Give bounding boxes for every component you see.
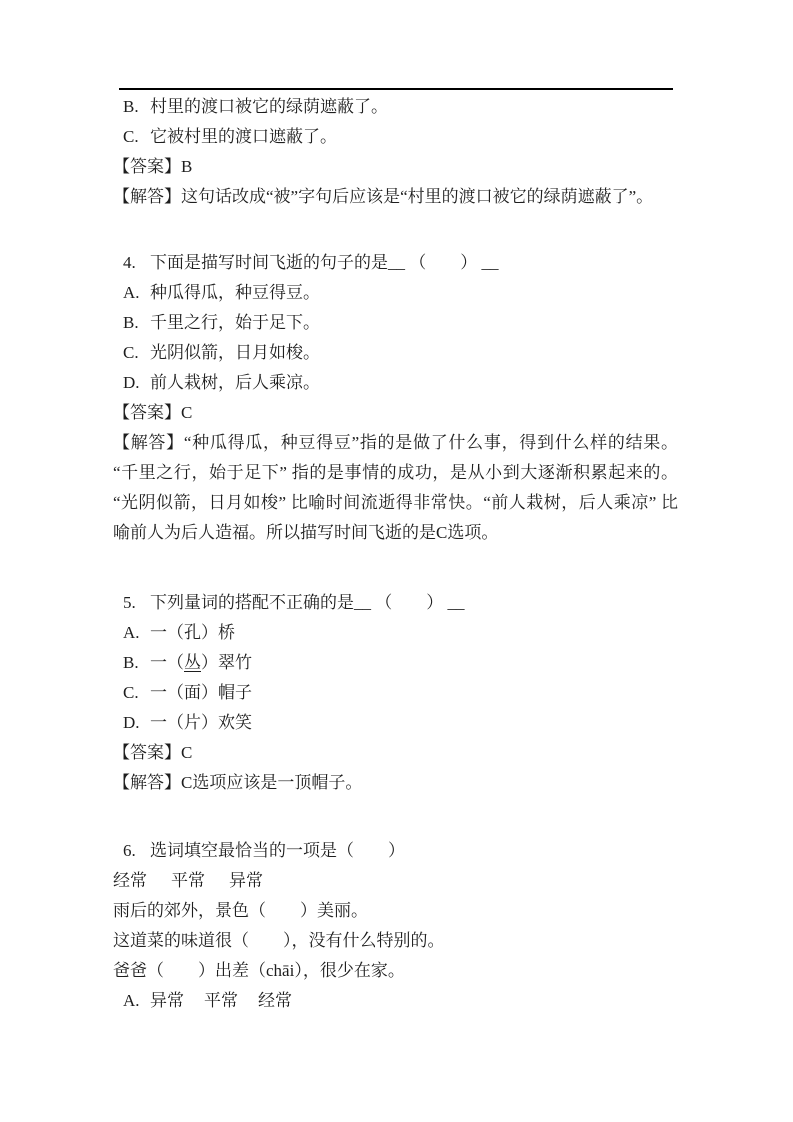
fill-in-sentence: 爸爸（ ）出差（chāi），很少在家。 bbox=[113, 961, 405, 980]
option-label: D. bbox=[123, 368, 150, 398]
option-label: A. bbox=[123, 618, 150, 648]
q6-sentence-2: 这道菜的味道很（ ），没有什么特别的。 bbox=[113, 926, 678, 956]
q5-option-c: C.一（面）帽子 bbox=[113, 678, 678, 708]
answer-value: B bbox=[181, 157, 192, 176]
q5-explanation: 【解答】C选项应该是一顶帽子。 bbox=[113, 768, 678, 798]
q3-answer-line: 【答案】B bbox=[113, 152, 678, 182]
option-text: 前人栽树，后人乘凉。 bbox=[150, 373, 320, 392]
option-label: D. bbox=[123, 708, 150, 738]
option-text: 光阴似箭，日月如梭。 bbox=[150, 343, 320, 362]
q5-stem: 5.下列量词的搭配不正确的是__ （ ） __ bbox=[113, 588, 678, 618]
option-label: C. bbox=[123, 338, 150, 368]
answer-value: C bbox=[181, 403, 192, 422]
explanation-text: “种瓜得瓜，种豆得豆”指的是做了什么事，得到什么样的结果。“千里之行，始于足下”… bbox=[113, 433, 678, 542]
explain-bracket-label: 【解答】 bbox=[113, 433, 184, 452]
option-text: 一（片）欢笑 bbox=[150, 713, 252, 732]
q6-sentence-3: 爸爸（ ）出差（chāi），很少在家。 bbox=[113, 956, 678, 986]
explanation-text: 这句话改成“被”字句后应该是“村里的渡口被它的绿荫遮蔽了”。 bbox=[181, 187, 653, 206]
answer-bracket-label: 【答案】 bbox=[113, 157, 181, 176]
question-number: 4. bbox=[123, 248, 150, 278]
option-text: 村里的渡口被它的绿荫遮蔽了。 bbox=[150, 97, 388, 116]
fill-in-sentence: 雨后的郊外，景色（ ）美丽。 bbox=[113, 901, 368, 920]
q3-option-c: C.它被村里的渡口遮蔽了。 bbox=[113, 122, 678, 152]
q4-answer-line: 【答案】C bbox=[113, 398, 678, 428]
question-number: 6. bbox=[123, 836, 150, 866]
option-label: B. bbox=[123, 648, 150, 678]
option-text: 一（面）帽子 bbox=[150, 683, 252, 702]
horizontal-rule bbox=[119, 88, 673, 90]
option-word: 异常 bbox=[150, 991, 184, 1010]
question-6-block: 6.选词填空最恰当的一项是（ ） 经常平常异常 雨后的郊外，景色（ ）美丽。 这… bbox=[113, 836, 678, 1016]
option-word: 平常 bbox=[204, 991, 238, 1010]
answer-bracket-label: 【答案】 bbox=[113, 403, 181, 422]
q6-sentence-1: 雨后的郊外，景色（ ）美丽。 bbox=[113, 896, 678, 926]
option-label: A. bbox=[123, 986, 150, 1016]
explain-bracket-label: 【解答】 bbox=[113, 773, 181, 792]
question-3-answer-block: B.村里的渡口被它的绿荫遮蔽了。 C.它被村里的渡口遮蔽了。 【答案】B 【解答… bbox=[113, 92, 678, 212]
q5-answer-line: 【答案】C bbox=[113, 738, 678, 768]
question-stem-text: 下列量词的搭配不正确的是__ （ ） __ bbox=[150, 593, 465, 612]
question-5-block: 5.下列量词的搭配不正确的是__ （ ） __ A.一（孔）桥 B.一（丛）翠竹… bbox=[113, 588, 678, 798]
q4-option-b: B.千里之行，始于足下。 bbox=[113, 308, 678, 338]
q6-word-bank: 经常平常异常 bbox=[113, 866, 678, 896]
answer-value: C bbox=[181, 743, 192, 762]
fill-in-sentence: 这道菜的味道很（ ），没有什么特别的。 bbox=[113, 931, 445, 950]
option-text-post: ）翠竹 bbox=[201, 653, 252, 672]
explain-bracket-label: 【解答】 bbox=[113, 187, 181, 206]
question-number: 5. bbox=[123, 588, 150, 618]
q4-option-d: D.前人栽树，后人乘凉。 bbox=[113, 368, 678, 398]
document-page: B.村里的渡口被它的绿荫遮蔽了。 C.它被村里的渡口遮蔽了。 【答案】B 【解答… bbox=[0, 0, 793, 1122]
q4-option-c: C.光阴似箭，日月如梭。 bbox=[113, 338, 678, 368]
q5-option-d: D.一（片）欢笑 bbox=[113, 708, 678, 738]
q5-option-b: B.一（丛）翠竹 bbox=[113, 648, 678, 678]
answer-bracket-label: 【答案】 bbox=[113, 743, 181, 762]
option-text: 种瓜得瓜，种豆得豆。 bbox=[150, 283, 320, 302]
q4-stem: 4.下面是描写时间飞逝的句子的是__ （ ） __ bbox=[113, 248, 678, 278]
document-content: B.村里的渡口被它的绿荫遮蔽了。 C.它被村里的渡口遮蔽了。 【答案】B 【解答… bbox=[113, 88, 678, 1016]
q6-option-a: A.异常平常经常 bbox=[113, 986, 678, 1016]
word-bank-item: 异常 bbox=[229, 871, 263, 890]
q3-option-b: B.村里的渡口被它的绿荫遮蔽了。 bbox=[113, 92, 678, 122]
word-bank-item: 平常 bbox=[171, 871, 205, 890]
q4-option-a: A.种瓜得瓜，种豆得豆。 bbox=[113, 278, 678, 308]
underlined-measure-word: 丛 bbox=[184, 653, 201, 672]
word-bank-item: 经常 bbox=[113, 871, 147, 890]
option-text: 它被村里的渡口遮蔽了。 bbox=[150, 127, 337, 146]
question-4-block: 4.下面是描写时间飞逝的句子的是__ （ ） __ A.种瓜得瓜，种豆得豆。 B… bbox=[113, 248, 678, 548]
q4-explanation: 【解答】“种瓜得瓜，种豆得豆”指的是做了什么事，得到什么样的结果。“千里之行，始… bbox=[113, 428, 678, 548]
option-label: B. bbox=[123, 92, 150, 122]
question-stem-text: 下面是描写时间飞逝的句子的是__ （ ） __ bbox=[150, 253, 499, 272]
option-label: B. bbox=[123, 308, 150, 338]
q3-explanation: 【解答】这句话改成“被”字句后应该是“村里的渡口被它的绿荫遮蔽了”。 bbox=[113, 182, 678, 212]
q6-stem: 6.选词填空最恰当的一项是（ ） bbox=[113, 836, 678, 866]
explanation-text: C选项应该是一顶帽子。 bbox=[181, 773, 362, 792]
q5-option-a: A.一（孔）桥 bbox=[113, 618, 678, 648]
option-label: C. bbox=[123, 678, 150, 708]
option-text-pre: 一（ bbox=[150, 653, 184, 672]
option-label: C. bbox=[123, 122, 150, 152]
option-label: A. bbox=[123, 278, 150, 308]
option-text: 千里之行，始于足下。 bbox=[150, 313, 320, 332]
option-text: 一（孔）桥 bbox=[150, 623, 235, 642]
question-stem-text: 选词填空最恰当的一项是（ ） bbox=[150, 841, 405, 860]
option-word: 经常 bbox=[258, 991, 292, 1010]
